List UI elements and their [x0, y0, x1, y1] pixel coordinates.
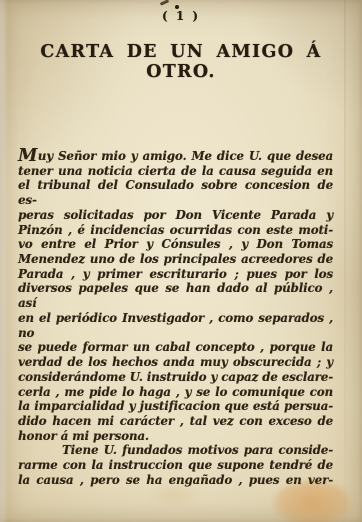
body-text-line: vo entre el Prior y Cónsules , y Don Tom…	[18, 237, 333, 252]
body-text-line: dido hacen mi carácter , tal vez con exc…	[18, 414, 333, 429]
body-text-line: verdad de los hechos anda muy obscurecid…	[18, 355, 333, 370]
bleedthrough-line	[12, 126, 342, 142]
body-text-line: Muy Señor mio y amigo. Me dice U. que de…	[18, 149, 333, 164]
line-text: peras solicitadas por Don Vicente Parada…	[18, 208, 333, 222]
line-text: el tribunal del Consulado sobre concesio…	[18, 178, 333, 207]
line-text: Tiene U. fundados motivos para conside-	[62, 443, 333, 457]
body-text-line: cerla , me pide lo haga , y se lo comuni…	[18, 385, 333, 400]
body-text-line: honor á mi persona.	[18, 429, 333, 444]
bleedthrough-line	[12, 92, 342, 108]
line-text: dido hacen mi carácter , tal vez con exc…	[18, 414, 333, 428]
body-text-line: tener una noticia cierta de la causa seg…	[18, 164, 333, 179]
body-text-line: Menendez uno de los principales acreedor…	[18, 252, 333, 267]
body-text-line: en el periódico Investigador , como sepa…	[18, 311, 333, 340]
line-text: Menendez uno de los principales acreedor…	[18, 252, 333, 266]
body-text-line: considerándome U. instruido y capaz de e…	[18, 370, 333, 385]
body-text-line: la imparcialidad y justificacion que est…	[18, 399, 333, 414]
body-text-line: rarme con la instruccion que supone tend…	[18, 458, 333, 473]
line-text: honor á mi persona.	[18, 429, 149, 443]
line-text: considerándome U. instruido y capaz de e…	[18, 370, 333, 384]
body-text-line: diversos papeles que se han dado al públ…	[18, 281, 333, 310]
line-text: Pinzón , é incidencias ocurridas con est…	[18, 223, 333, 237]
page-title: CARTA DE UN AMIGO Á OTRO.	[0, 42, 362, 82]
line-text: en el periódico Investigador , como sepa…	[18, 311, 333, 340]
line-text: la causa , pero se ha engañado , pues en…	[18, 473, 333, 487]
line-text: vo entre el Prior y Cónsules , y Don Tom…	[18, 237, 333, 251]
line-text: verdad de los hechos anda muy obscurecid…	[18, 355, 333, 369]
body-text-line: Tiene U. fundados motivos para conside-	[18, 443, 333, 458]
page-number: ( 1 )	[0, 9, 362, 23]
body-text-line: la causa , pero se ha engañado , pues en…	[18, 473, 333, 488]
line-text: la imparcialidad y justificacion que est…	[18, 399, 333, 413]
bleedthrough-line	[12, 109, 342, 125]
line-text: tener una noticia cierta de la causa seg…	[18, 164, 333, 178]
line-text: cerla , me pide lo haga , y se lo comuni…	[18, 385, 333, 399]
line-text: se puede formar un cabal concepto , porq…	[18, 340, 333, 354]
line-text: Parada , y primer escriturario ; pues po…	[18, 267, 333, 281]
body-text-line: Pinzón , é incidencias ocurridas con est…	[18, 223, 333, 238]
body-text-line: peras solicitadas por Don Vicente Parada…	[18, 208, 333, 223]
line-text: diversos papeles que se han dado al públ…	[18, 281, 333, 310]
line-text: rarme con la instruccion que supone tend…	[18, 458, 333, 472]
scanned-letter-page: ( 1 ) CARTA DE UN AMIGO Á OTRO. Muy Seño…	[0, 0, 362, 522]
letter-body: Muy Señor mio y amigo. Me dice U. que de…	[18, 149, 333, 488]
bleedthrough-line	[12, 24, 342, 40]
body-text-line: Parada , y primer escriturario ; pues po…	[18, 267, 333, 282]
body-text-line: se puede formar un cabal concepto , porq…	[18, 340, 333, 355]
line-text: uy Señor mio y amigo. Me dice U. que des…	[38, 149, 333, 163]
body-text-line: el tribunal del Consulado sobre concesio…	[18, 178, 333, 207]
